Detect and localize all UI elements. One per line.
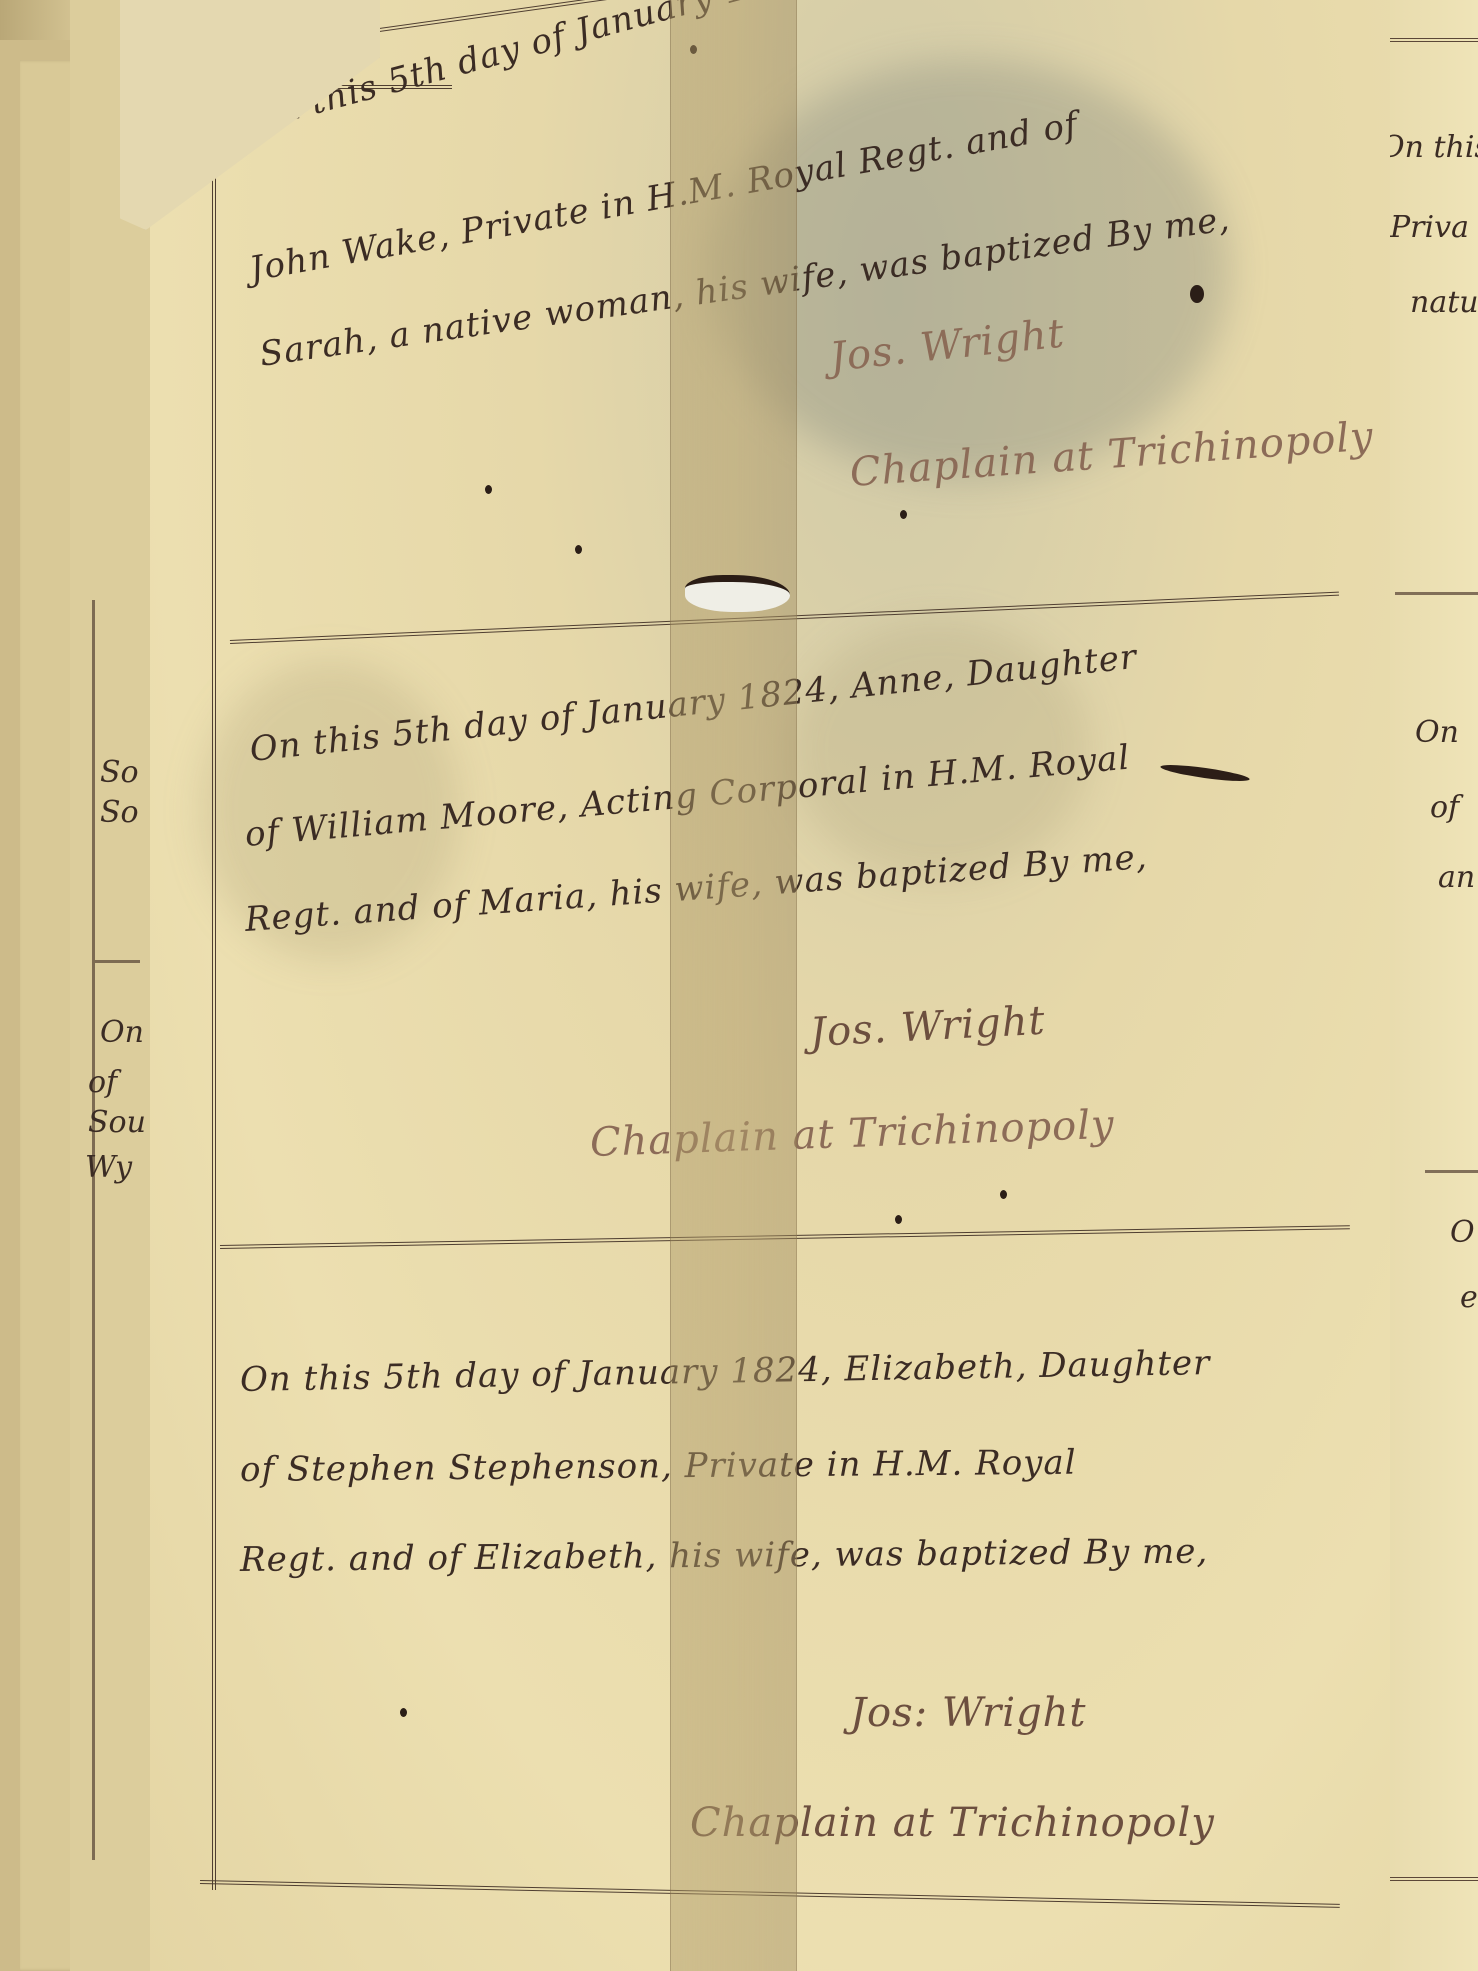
left-fragment: On <box>100 1015 144 1050</box>
ink-dot <box>895 1215 902 1224</box>
right-fragment: an <box>1438 860 1475 895</box>
right-fragment: On this <box>1380 130 1478 165</box>
ink-dot <box>575 545 582 554</box>
ink-dot <box>900 510 907 519</box>
right-fragment: natu <box>1410 285 1478 320</box>
repair-tape-strip <box>670 0 797 1971</box>
ink-blot <box>1190 285 1204 303</box>
left-fragment: Wy <box>85 1150 132 1185</box>
left-page-rule <box>92 600 95 1860</box>
ink-dot <box>400 1708 407 1717</box>
signature: Jos: Wright <box>850 1690 1087 1736</box>
left-fragment: Sou <box>88 1105 146 1140</box>
entry-line: of Stephen Stephenson, Private in H.M. R… <box>240 1443 1077 1490</box>
underlying-page-left-3 <box>70 0 161 1971</box>
ink-dot <box>485 485 492 494</box>
right-page-divider <box>1395 592 1478 595</box>
right-fragment: of <box>1430 790 1459 825</box>
document-photo: So So On of Sou Wy On this Priva natu On… <box>0 0 1478 1971</box>
left-page-divider <box>95 960 140 963</box>
burn-hole <box>685 575 790 612</box>
right-page-divider-2 <box>1425 1170 1478 1173</box>
left-fragment: So <box>100 755 139 790</box>
right-fragment: O <box>1450 1215 1475 1250</box>
left-fragment: So <box>100 795 139 830</box>
left-fragment: of <box>88 1065 117 1100</box>
ink-dot <box>1000 1190 1007 1199</box>
right-fragment: On <box>1415 715 1459 750</box>
right-fragment: Priva <box>1390 210 1469 245</box>
right-fragment: e <box>1460 1280 1478 1315</box>
